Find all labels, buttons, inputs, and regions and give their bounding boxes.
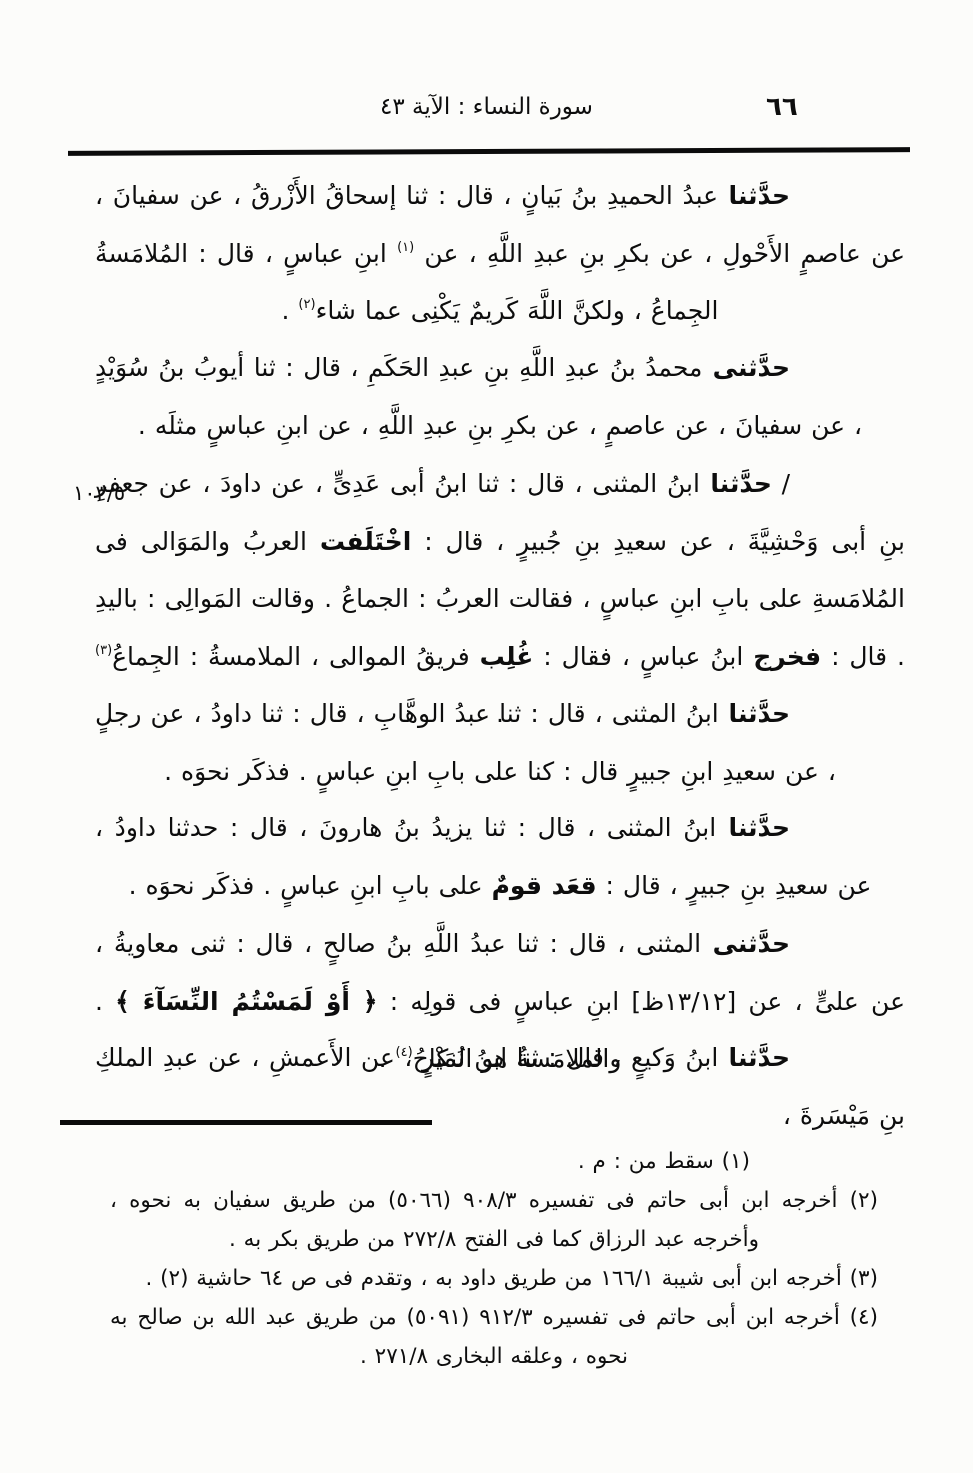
footnote-marker: (٢) bbox=[838, 1188, 878, 1213]
text-run: فريقُ الموالى ، الملامسةُ : الجِماعُ bbox=[112, 642, 480, 671]
hadith-paragraph: حدَّثنا ابنُ المثنى ، قال : ثنا عبدُ الو… bbox=[95, 685, 905, 800]
footnote-text: أخرجه ابن أبى شيبة ١٦٦/١ من طريق داود به… bbox=[145, 1266, 841, 1291]
text-run: غُلِب bbox=[480, 642, 534, 671]
footnote: (١) سقط من : م . bbox=[110, 1142, 878, 1181]
text-run: قعَد قومٌ bbox=[492, 871, 597, 900]
quran-quote: ﴿ أَوْ لَمَسْتُمُ النِّسَآءَ ﴾ bbox=[115, 987, 377, 1016]
footnote-marker: (٤) bbox=[840, 1305, 878, 1330]
text-run: اخْتَلَفت bbox=[320, 527, 411, 556]
text-run: . bbox=[282, 296, 299, 325]
footnote: (٣) أخرجه ابن أبى شيبة ١٦٦/١ من طريق داو… bbox=[110, 1259, 878, 1298]
footnote: (٢) أخرجه ابن أبى حاتم فى تفسيره ٩٠٨/٣ (… bbox=[110, 1181, 878, 1259]
hadith-paragraph: حدَّثنا عبدُ الحميدِ بنُ بَيانٍ ، قال : … bbox=[95, 167, 905, 340]
hadith-paragraph: حدَّثنا ابنُ المثنى ، قال : ثنا يزيدُ بن… bbox=[95, 799, 905, 914]
text-run: حدَّثنا bbox=[718, 1043, 790, 1072]
text-run: ابنُ عباسٍ ، فقال : bbox=[533, 642, 753, 671]
footnote-text: سقط من : م . bbox=[578, 1149, 714, 1174]
text-run: حدَّثنا bbox=[719, 699, 790, 728]
hadith-paragraph: حدَّثنا ابنُ وَكيعٍ ، قال : ثنا ابنُ نُم… bbox=[95, 1029, 905, 1144]
footnotes-block: (١) سقط من : م .(٢) أخرجه ابن أبى حاتم ف… bbox=[110, 1142, 878, 1376]
text-run: على بابِ ابنِ عباسٍ . فذكَر نحوَه . bbox=[129, 871, 492, 900]
text-run: فخرج bbox=[753, 642, 821, 671]
page-number: ٦٦ bbox=[766, 92, 798, 122]
book-page: سورة النساء : الآية ٤٣ ٦٦ حدَّثنا عبدُ ا… bbox=[0, 0, 973, 1473]
text-run: حدَّثنا bbox=[700, 469, 772, 498]
text-run: حدَّثنا bbox=[718, 181, 790, 210]
footnote-marker: (٣) bbox=[842, 1266, 878, 1291]
footnote-marker: (١) bbox=[714, 1149, 750, 1174]
hadith-paragraph: حدَّثنى محمدُ بنُ عبدِ اللَّهِ بنِ عبدِ … bbox=[95, 339, 905, 454]
text-run: حدَّثنا bbox=[716, 813, 790, 842]
surah-header-title: سورة النساء : الآية ٤٣ bbox=[0, 94, 973, 120]
footnote-text: أخرجه ابن أبى حاتم فى تفسيره ٩١٢/٣ (٥٠٩١… bbox=[110, 1305, 840, 1369]
footnotes-separator bbox=[60, 1120, 432, 1125]
text-run: حدَّثنى bbox=[701, 929, 790, 958]
footnote-ref: (١) bbox=[397, 240, 414, 255]
footnote-text: أخرجه ابن أبى حاتم فى تفسيره ٩٠٨/٣ (٥٠٦٦… bbox=[110, 1188, 838, 1252]
footnote-ref: (٣) bbox=[95, 643, 112, 658]
footnote: (٤) أخرجه ابن أبى حاتم فى تفسيره ٩١٢/٣ (… bbox=[110, 1298, 878, 1376]
footnote-ref: (٢) bbox=[298, 297, 315, 312]
text-run: حدَّثنى bbox=[702, 353, 790, 382]
text-run: / bbox=[772, 469, 790, 498]
header-rule bbox=[68, 147, 910, 156]
margin-volume-page-note: ١٠٣/٥ bbox=[73, 481, 125, 505]
